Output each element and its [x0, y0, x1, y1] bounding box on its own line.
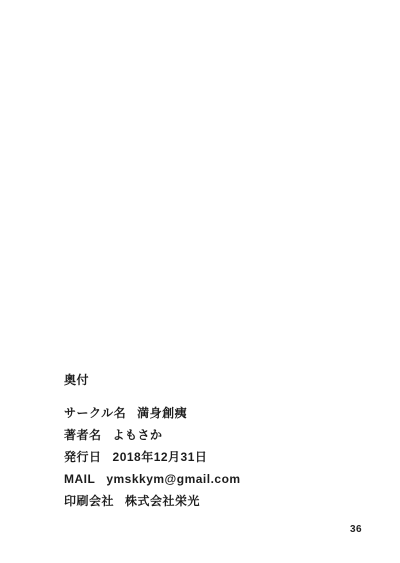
publication-date-label: 発行日	[64, 446, 102, 468]
colophon-page: 奥付 サークル名 満身創痍 著者名 よもさか 発行日 2018年12月31日 M…	[0, 0, 400, 563]
circle-name-row: サークル名 満身創痍	[64, 402, 241, 424]
circle-name-value: 満身創痍	[137, 402, 187, 424]
page-number: 36	[350, 524, 362, 535]
author-name-label: 著者名	[64, 424, 102, 446]
circle-name-label: サークル名	[64, 402, 126, 424]
author-name-row: 著者名 よもさか	[64, 424, 241, 446]
mail-address: ymskkym@gmail.com	[106, 468, 240, 490]
mail-label: MAIL	[64, 468, 95, 490]
author-name-value: よもさか	[113, 424, 163, 446]
printing-company-label: 印刷会社	[64, 490, 114, 512]
mail-row: MAIL ymskkym@gmail.com	[64, 468, 241, 490]
printing-company-value: 株式会社栄光	[125, 490, 200, 512]
colophon-heading: 奥付	[64, 372, 241, 388]
publication-date-row: 発行日 2018年12月31日	[64, 446, 241, 468]
colophon-block: 奥付 サークル名 満身創痍 著者名 よもさか 発行日 2018年12月31日 M…	[64, 372, 241, 512]
printing-company-row: 印刷会社 株式会社栄光	[64, 490, 241, 512]
publication-date-value: 2018年12月31日	[113, 446, 208, 468]
